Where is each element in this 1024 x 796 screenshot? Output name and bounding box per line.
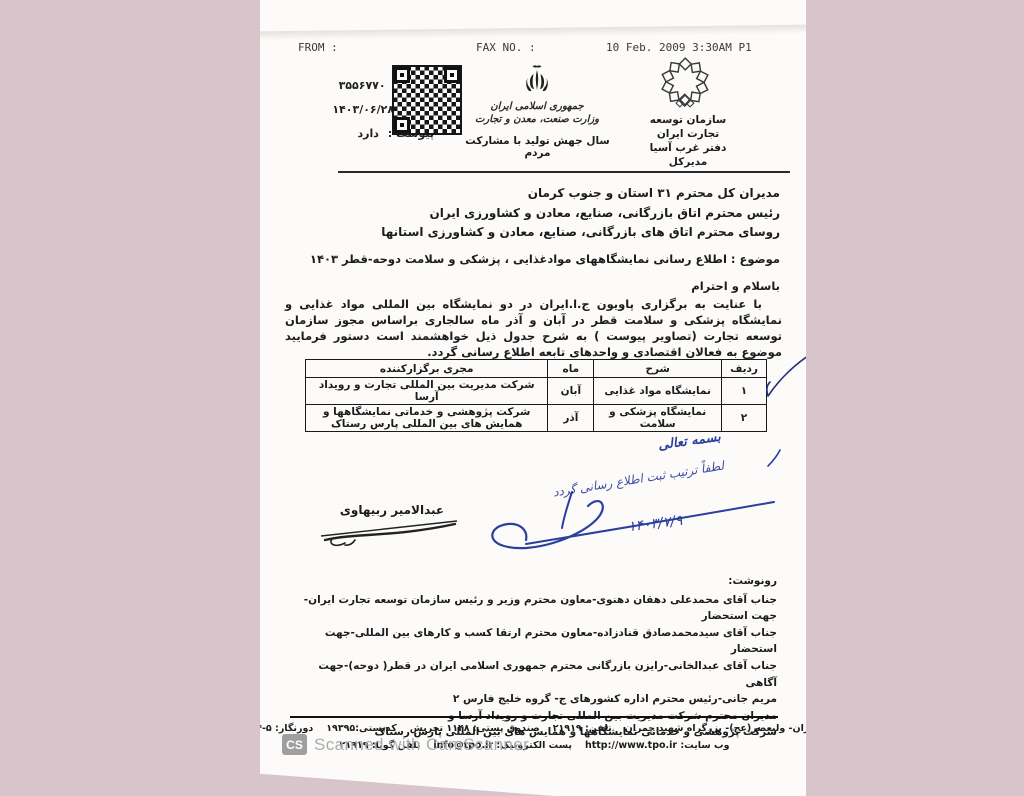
cell-organizer: شرکت مدیریت بین المللی تجارت و رویداد آر… <box>306 378 548 405</box>
footer-divider <box>290 716 778 718</box>
cc-item: جناب آقای سیدمحمدصادق قنادزاده-معاون محت… <box>285 625 777 658</box>
year-slogan: سال جهش تولید با مشارکت مردم <box>460 135 615 159</box>
subject-line: موضوع : اطلاع رسانی نمایشگاههای موادغذای… <box>285 252 780 266</box>
handwritten-annotation: بسمه تعالی لطفاً ترتیب ثبت اطلاع رسانی گ… <box>468 428 793 563</box>
footer-pobox: صندوق پستی: ۱۱۴۸ تجریش <box>410 723 540 734</box>
cc-label: رونوشت: <box>285 573 777 590</box>
exhibitions-table: ردیف شرح ماه مجری برگزارکننده ۱ نمایشگاه… <box>305 359 767 432</box>
cell-description: نمایشگاه مواد غذایی <box>594 378 722 405</box>
footer-address-line: آدرس: تهران- ولیعصر(عج)- بزرگراه شهید چم… <box>282 723 787 734</box>
cc-item: مریم جانی-رئیس محترم اداره کشورهای ج- گر… <box>285 691 777 708</box>
fax-timestamp: 10 Feb. 2009 3:30AM P1 <box>606 41 752 54</box>
footer-website: وب سایت: http://www.tpo.ir <box>585 740 730 751</box>
ministry-script-block: جمهوری اسلامی ایران وزارت صنعت، معدن و ت… <box>472 100 602 126</box>
tpo-office: دفتر غرب آسیا <box>638 141 738 155</box>
qr-finder-icon <box>394 67 410 83</box>
cell-month: آبان <box>548 378 594 405</box>
header-divider <box>338 171 790 173</box>
scanned-letter-page: FROM : FAX NO. : 10 Feb. 2009 3:30AM P1 … <box>260 0 806 796</box>
table-row: ۱ نمایشگاه مواد غذایی آبان شرکت مدیریت ب… <box>306 378 767 405</box>
qr-finder-icon <box>444 67 460 83</box>
col-header-month: ماه <box>548 360 594 378</box>
footer-postalcode: کدپستی:۱۹۳۹۵ <box>326 723 397 734</box>
government-line2: وزارت صنعت، معدن و تجارت <box>472 113 602 126</box>
footer-address: آدرس: تهران- ولیعصر(عج)- بزرگراه شهید چم… <box>625 723 854 734</box>
scan-fold-artifact <box>260 25 806 41</box>
col-header-description: شرح <box>594 360 722 378</box>
pen-tick-mark <box>758 350 813 405</box>
stamp-date-value: ۱۴۰۳/۰۶/۲۸ <box>332 103 394 116</box>
qr-finder-icon <box>394 117 410 133</box>
recipient-line: روسای محترم اتاق های بازرگانی، صنایع، مع… <box>285 223 780 243</box>
stamp-number-value: ۳۵۵۶۷۷۰ <box>339 79 386 92</box>
qr-code <box>393 66 461 134</box>
footer-fax: دورنگار: ۵-۲۲۶۶۴۰۴۴ <box>216 723 314 734</box>
fax-number-label: FAX NO. : <box>476 41 536 54</box>
recipient-line: رئیس محترم اتاق بازرگانی، صنایع، معادن و… <box>285 204 780 224</box>
fax-from-label: FROM : <box>298 41 338 54</box>
camscanner-badge-icon: CS <box>282 734 307 755</box>
footer-phone: تلفن: ۲۱۹۱۹ <box>553 723 612 734</box>
recipients-block: مدیران کل محترم ۳۱ استان و جنوب کرمان رئ… <box>285 184 780 243</box>
government-line1: جمهوری اسلامی ایران <box>472 100 602 113</box>
salutation: باسلام و احترام <box>285 279 780 293</box>
iran-national-emblem-icon <box>522 64 552 98</box>
stamp-attachment-value: دارد <box>358 127 379 140</box>
cc-item: جناب آقای محمدعلی دهقان دهنوی-معاون محتر… <box>285 592 777 625</box>
tpo-org-name: سازمان توسعه تجارت ایران <box>638 113 738 141</box>
recipient-line: مدیران کل محترم ۳۱ استان و جنوب کرمان <box>285 184 780 204</box>
cc-item: جناب آقای عبدالخانی-رایزن بازرگانی محترم… <box>285 658 777 691</box>
signatory-name: عبدالامیر ربیهاوی <box>322 503 462 517</box>
table-header-row: ردیف شرح ماه مجری برگزارکننده <box>306 360 767 378</box>
camscanner-watermark: CS Scanned with CamScanner <box>282 734 529 755</box>
tpo-logo-icon <box>656 56 714 114</box>
body-paragraph: با عنایت به برگزاری پاویون ج.ا.ایران در … <box>285 296 782 360</box>
tpo-title-block: سازمان توسعه تجارت ایران دفتر غرب آسیا م… <box>638 113 738 169</box>
col-header-organizer: مجری برگزارکننده <box>306 360 548 378</box>
signature-scribble <box>315 516 465 550</box>
tpo-role: مدیرکل <box>638 155 738 169</box>
camscanner-text: Scanned with CamScanner <box>314 735 529 755</box>
